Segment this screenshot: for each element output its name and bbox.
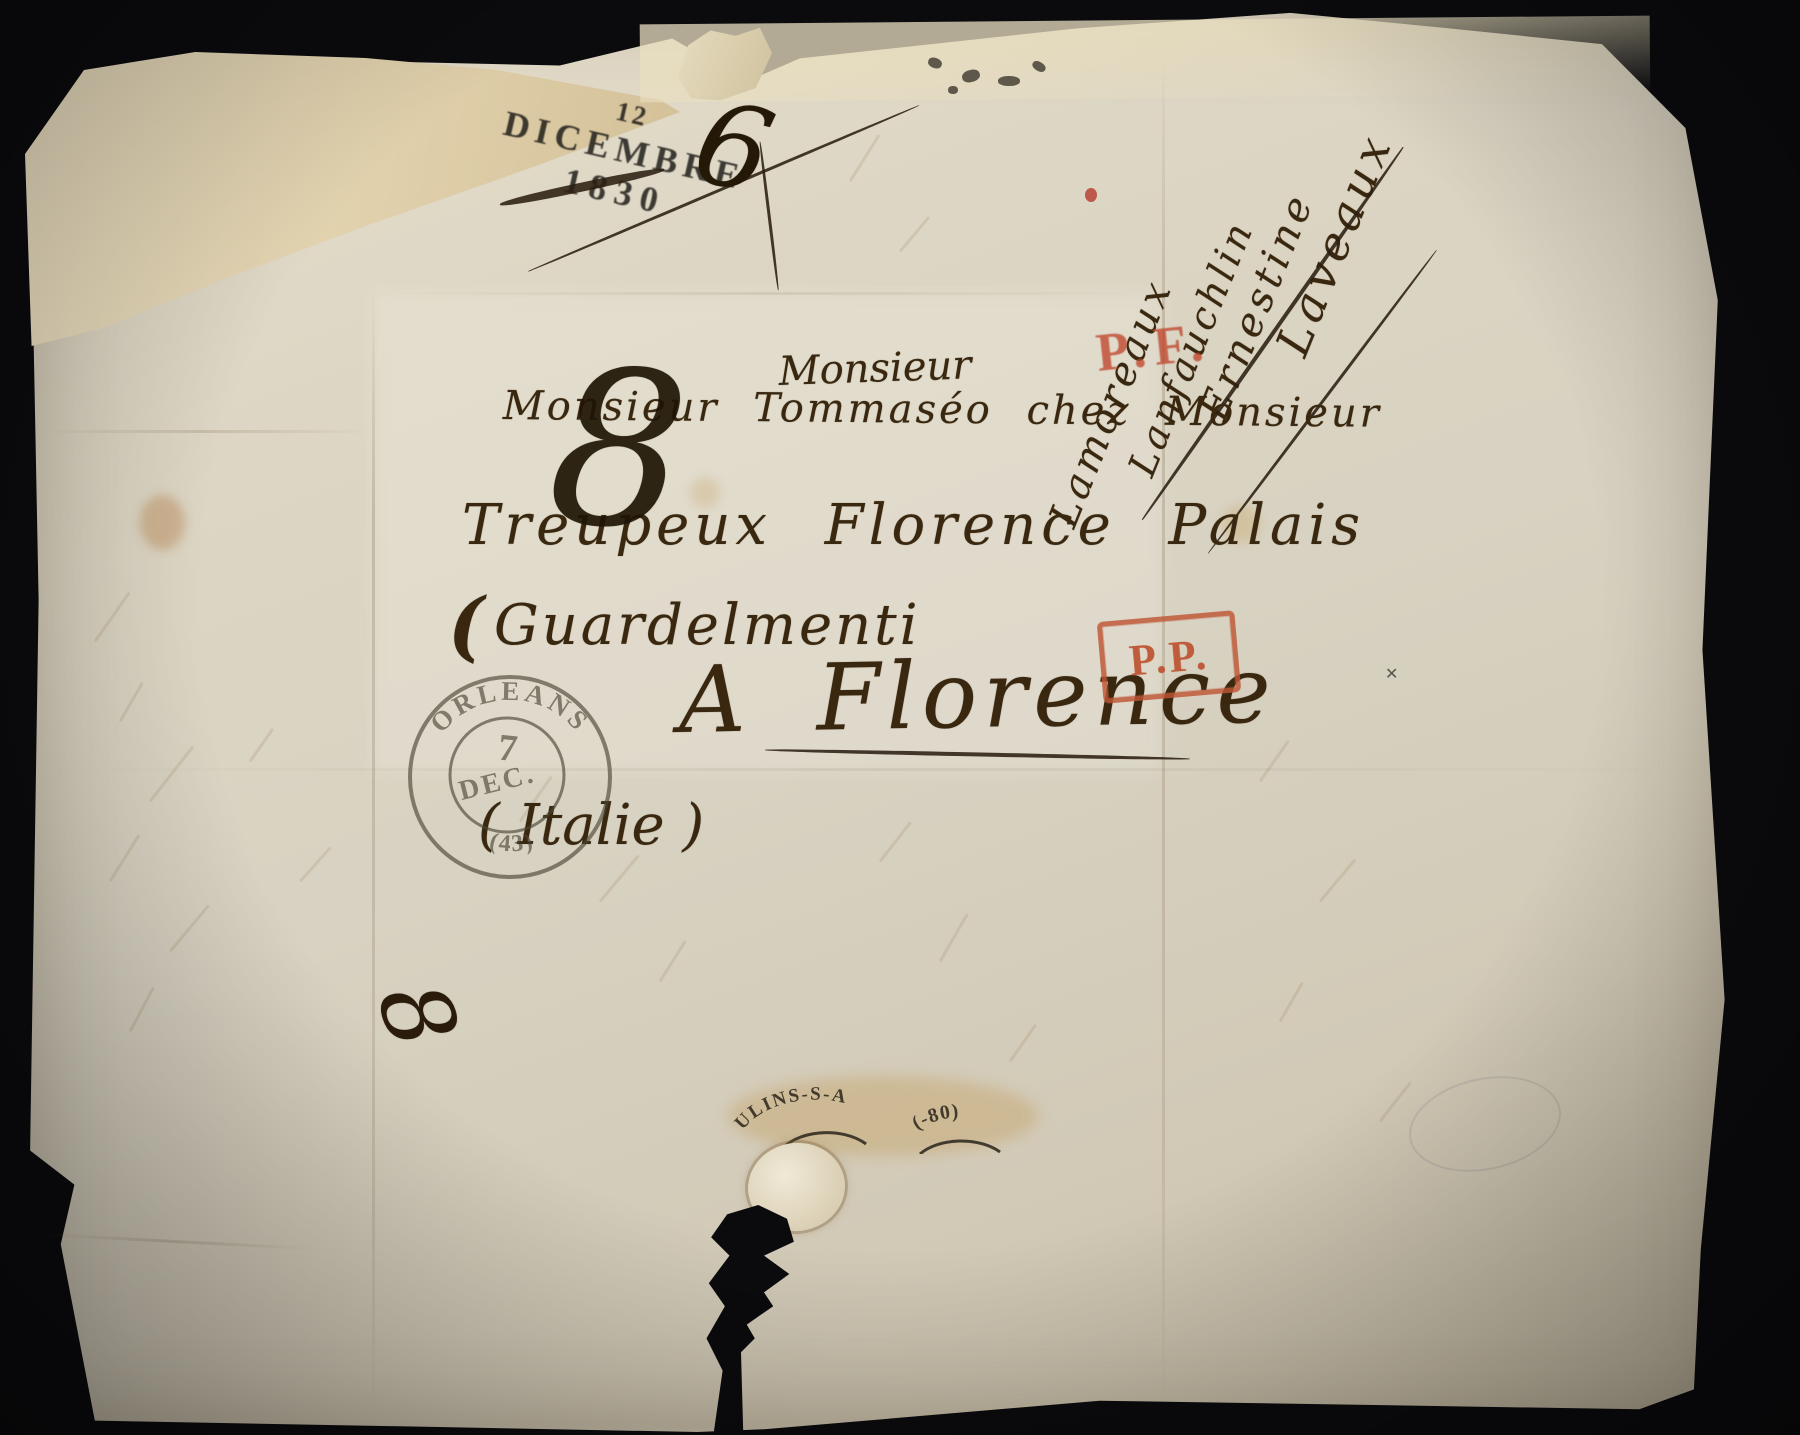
seal-residue-speck [948,86,958,94]
pp-handstamp-label: P.P. [1127,628,1211,686]
small-cross-mark: ✕ [1385,664,1398,683]
paper-crease [372,285,375,1420]
pf-handstamp: P.F. [1093,310,1214,384]
transit-arc-line [920,1141,1000,1154]
letter-photograph: 12 DICEMBRE 1830 6 Laveaux Ernestine Lan… [0,0,1800,1435]
transit-left-text: ULINS-S-A [732,1084,850,1134]
address-paren: ( [448,588,484,664]
pp-handstamp: P.P. [1097,610,1242,704]
paper-crease [30,768,1718,771]
orleans-datestamp: ORLEANS (43) 7 DEC. [403,670,618,885]
transit-stamp: ULINS-S-A (-80) [732,1082,1032,1154]
orleans-arc-bottom: (43) [487,828,537,857]
svg-text:(-80): (-80) [908,1100,960,1134]
transit-right-text: (-80) [908,1100,960,1134]
manuscript-rate-mark-large: 8 [543,338,694,562]
paper-crease [40,430,370,433]
svg-text:(43): (43) [487,828,537,857]
top-fold-band [640,16,1651,103]
seal-residue-speck [998,76,1020,86]
red-wax-fleck [1085,188,1097,202]
paper-stain [140,495,185,550]
paper-crease [372,292,1162,295]
svg-text:ULINS-S-A: ULINS-S-A [732,1084,850,1134]
